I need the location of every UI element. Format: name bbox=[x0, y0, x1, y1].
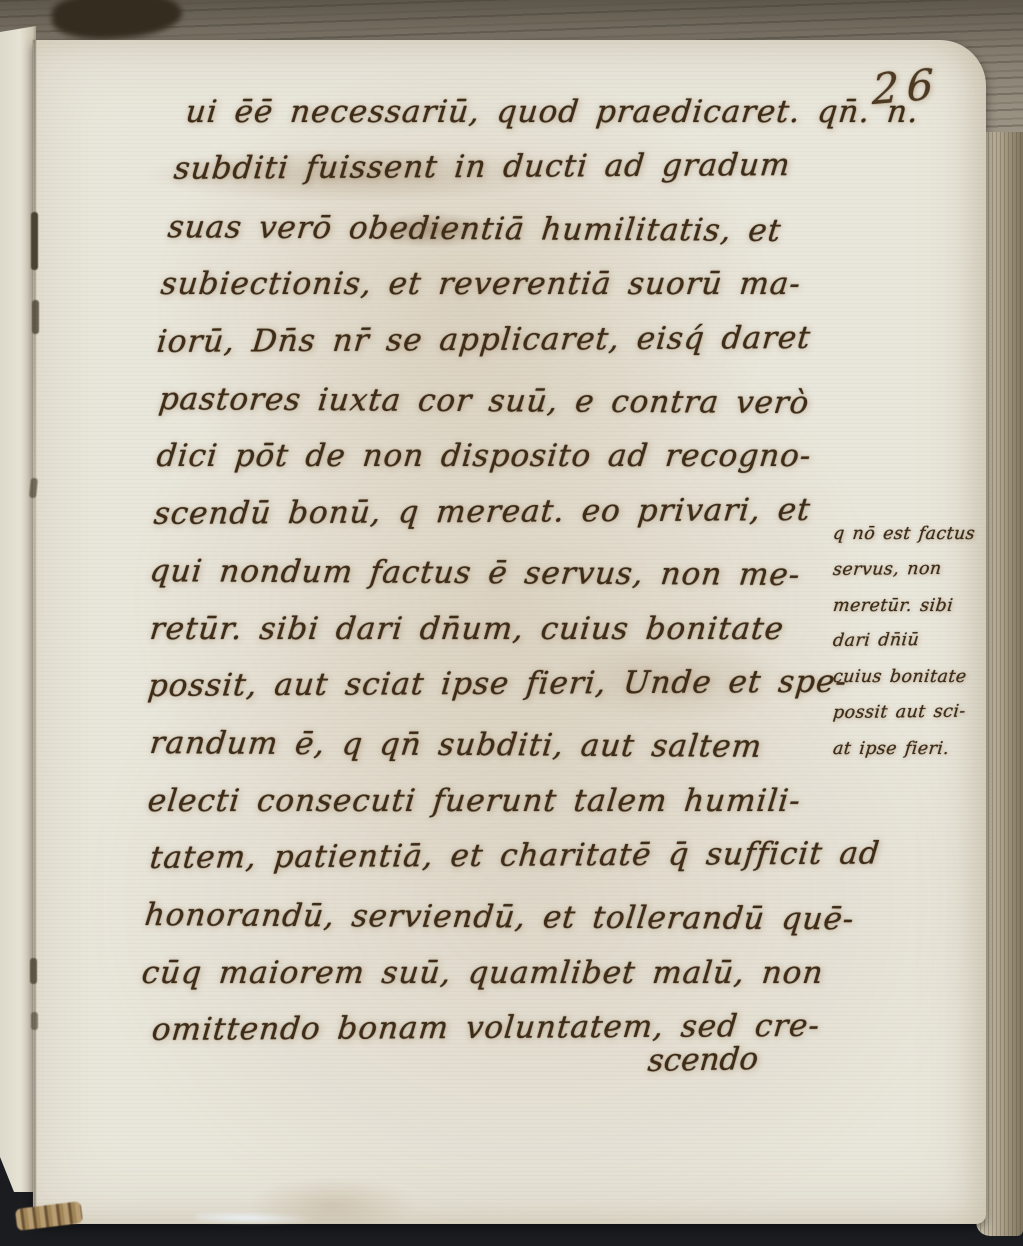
page-corner-highlight bbox=[196, 1211, 316, 1225]
manuscript-line: dici pōt de non disposito ad recogno- bbox=[137, 427, 883, 484]
manuscript-line: cūq maiorem suū, quamlibet malū, non bbox=[137, 944, 883, 1001]
manuscript-line: qui nondum factus ē servus, non me- bbox=[137, 542, 883, 604]
margin-note-line: at ipse fieri. bbox=[831, 731, 987, 767]
manuscript-scan: 26 ui ēē necessariū, quod praedicaret. q… bbox=[0, 0, 1023, 1246]
manuscript-line: omittendo bonam voluntatem, sed cre- bbox=[137, 997, 883, 1059]
catchword: scendo bbox=[646, 1041, 759, 1079]
margin-note-line: dari dn̄iū bbox=[831, 622, 987, 659]
main-text-block: ui ēē necessariū, quod praedicaret. qn̄.… bbox=[140, 83, 880, 1059]
manuscript-line: electi consecuti fuerunt talem humili- bbox=[137, 772, 883, 829]
manuscript-line: honorandū, serviendū, et tollerandū quē- bbox=[137, 886, 883, 948]
manuscript-line: possit, aut sciat ipse fieri, Unde et sp… bbox=[137, 652, 883, 714]
manuscript-line: scendū bonū, q mereat. eo privari, et bbox=[137, 480, 883, 542]
manuscript-line: iorū, Dn̄s nr̄ se applicaret, eisq́ dare… bbox=[137, 308, 883, 370]
manuscript-line: randum ē, q qn̄ subditi, aut saltem bbox=[137, 714, 883, 776]
binding-stitch bbox=[30, 958, 37, 984]
binding-thread-tassel bbox=[15, 1201, 83, 1231]
manuscript-line: ui ēē necessariū, quod praedicaret. qn̄.… bbox=[137, 83, 883, 140]
manuscript-line: tatem, patientiā, et charitatē q̄ suffic… bbox=[137, 825, 883, 887]
binding-stitch bbox=[32, 300, 39, 334]
margin-note-line: meretūr. sibi bbox=[831, 588, 987, 624]
margin-note: q nō est factus servus, non meretūr. sib… bbox=[833, 516, 985, 767]
margin-note-line: cuius bonitate bbox=[831, 659, 987, 695]
manuscript-line: subiectionis, et reverentiā suorū ma- bbox=[137, 255, 883, 312]
margin-note-line: possit aut sci- bbox=[831, 693, 987, 730]
manuscript-line: pastores iuxta cor suū, e contra verò bbox=[137, 370, 883, 432]
margin-note-line: servus, non bbox=[831, 550, 987, 587]
binding-stitch bbox=[31, 1012, 38, 1030]
manuscript-line: retūr. sibi dari dn̄um, cuius bonitate bbox=[137, 600, 883, 657]
binding-stitch bbox=[31, 212, 38, 270]
manuscript-line: subditi fuissent in ducti ad gradum bbox=[137, 136, 883, 198]
manuscript-line: suas verō obedientiā humilitatis, et bbox=[137, 198, 883, 260]
margin-note-line: q nō est factus bbox=[831, 516, 987, 552]
